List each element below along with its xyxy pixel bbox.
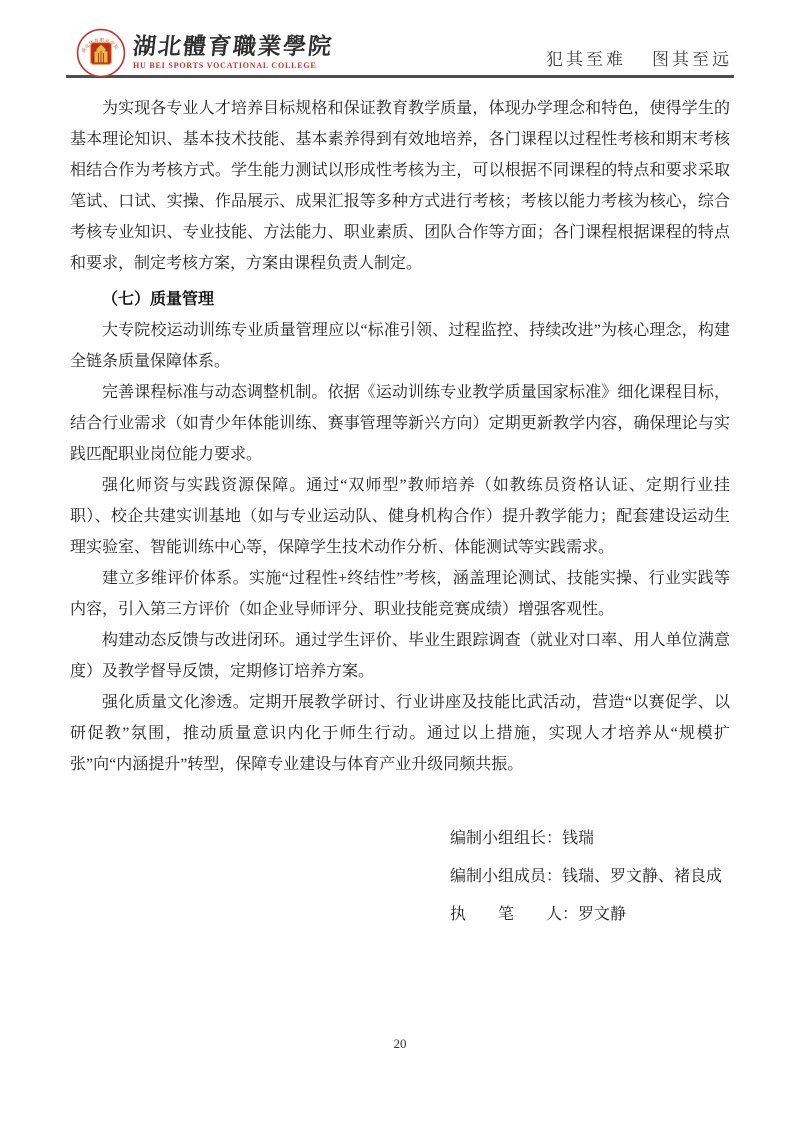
signature-chief-writer: 执 笔 人：罗文静 (450, 896, 730, 934)
paragraph-curriculum-standards: 完善课程标准与动态调整机制。依据《运动训练专业教学质量国家标准》细化课程目标，结… (70, 377, 730, 470)
page-number: 20 (0, 1036, 800, 1052)
paragraph-assessment: 为实现各专业人才培养目标规格和保证教育教学质量，体现办学理念和特色，使得学生的基… (70, 93, 730, 279)
college-seal-icon: 湖北体育职业学院 (76, 28, 126, 78)
motto-right: 图其至远 (652, 50, 732, 69)
page-header: 湖北体育职业学院 湖北體育職業學院 HU BEI SPORTS VOCATION… (66, 0, 734, 78)
college-name-zh: 湖北體育職業學院 (132, 34, 335, 59)
motto-left: 犯其至难 (546, 50, 626, 69)
college-name-en: HU BEI SPORTS VOCATIONAL COLLEGE (133, 61, 333, 70)
signature-team-leader: 编制小组组长：钱瑞 (450, 820, 730, 858)
header-motto: 犯其至难图其至远 (546, 45, 732, 70)
signature-team-members: 编制小组成员：钱瑞、罗文静、褚良成 (450, 858, 730, 896)
paragraph-faculty-resources: 强化师资与实践资源保障。通过“双师型”教师培养（如教练员资格认证、定期行业挂职）… (70, 470, 730, 563)
paragraph-quality-culture: 强化质量文化渗透。定期开展教学研讨、行业讲座及技能比武活动，营造“以赛促学、以研… (70, 687, 730, 780)
section-heading-quality-management: （七）质量管理 (70, 284, 730, 315)
college-logo: 湖北体育职业学院 湖北體育職業學院 HU BEI SPORTS VOCATION… (76, 28, 333, 78)
college-name-block: 湖北體育職業學院 HU BEI SPORTS VOCATIONAL COLLEG… (133, 28, 333, 70)
document-page: 湖北体育职业学院 湖北體育職業學院 HU BEI SPORTS VOCATION… (0, 0, 800, 1131)
paragraph-core-concept: 大专院校运动训练专业质量管理应以“标准引领、过程监控、持续改进”为核心理念，构建… (70, 315, 730, 377)
paragraph-evaluation-system: 建立多维评价体系。实施“过程性+终结性”考核，涵盖理论测试、技能实操、行业实践等… (70, 563, 730, 625)
signature-block: 编制小组组长：钱瑞 编制小组成员：钱瑞、罗文静、褚良成 执 笔 人：罗文静 (450, 820, 730, 934)
document-body: 为实现各专业人才培养目标规格和保证教育教学质量，体现办学理念和特色，使得学生的基… (70, 81, 730, 934)
paragraph-feedback-loop: 构建动态反馈与改进闭环。通过学生评价、毕业生跟踪调查（就业对口率、用人单位满意度… (70, 625, 730, 687)
